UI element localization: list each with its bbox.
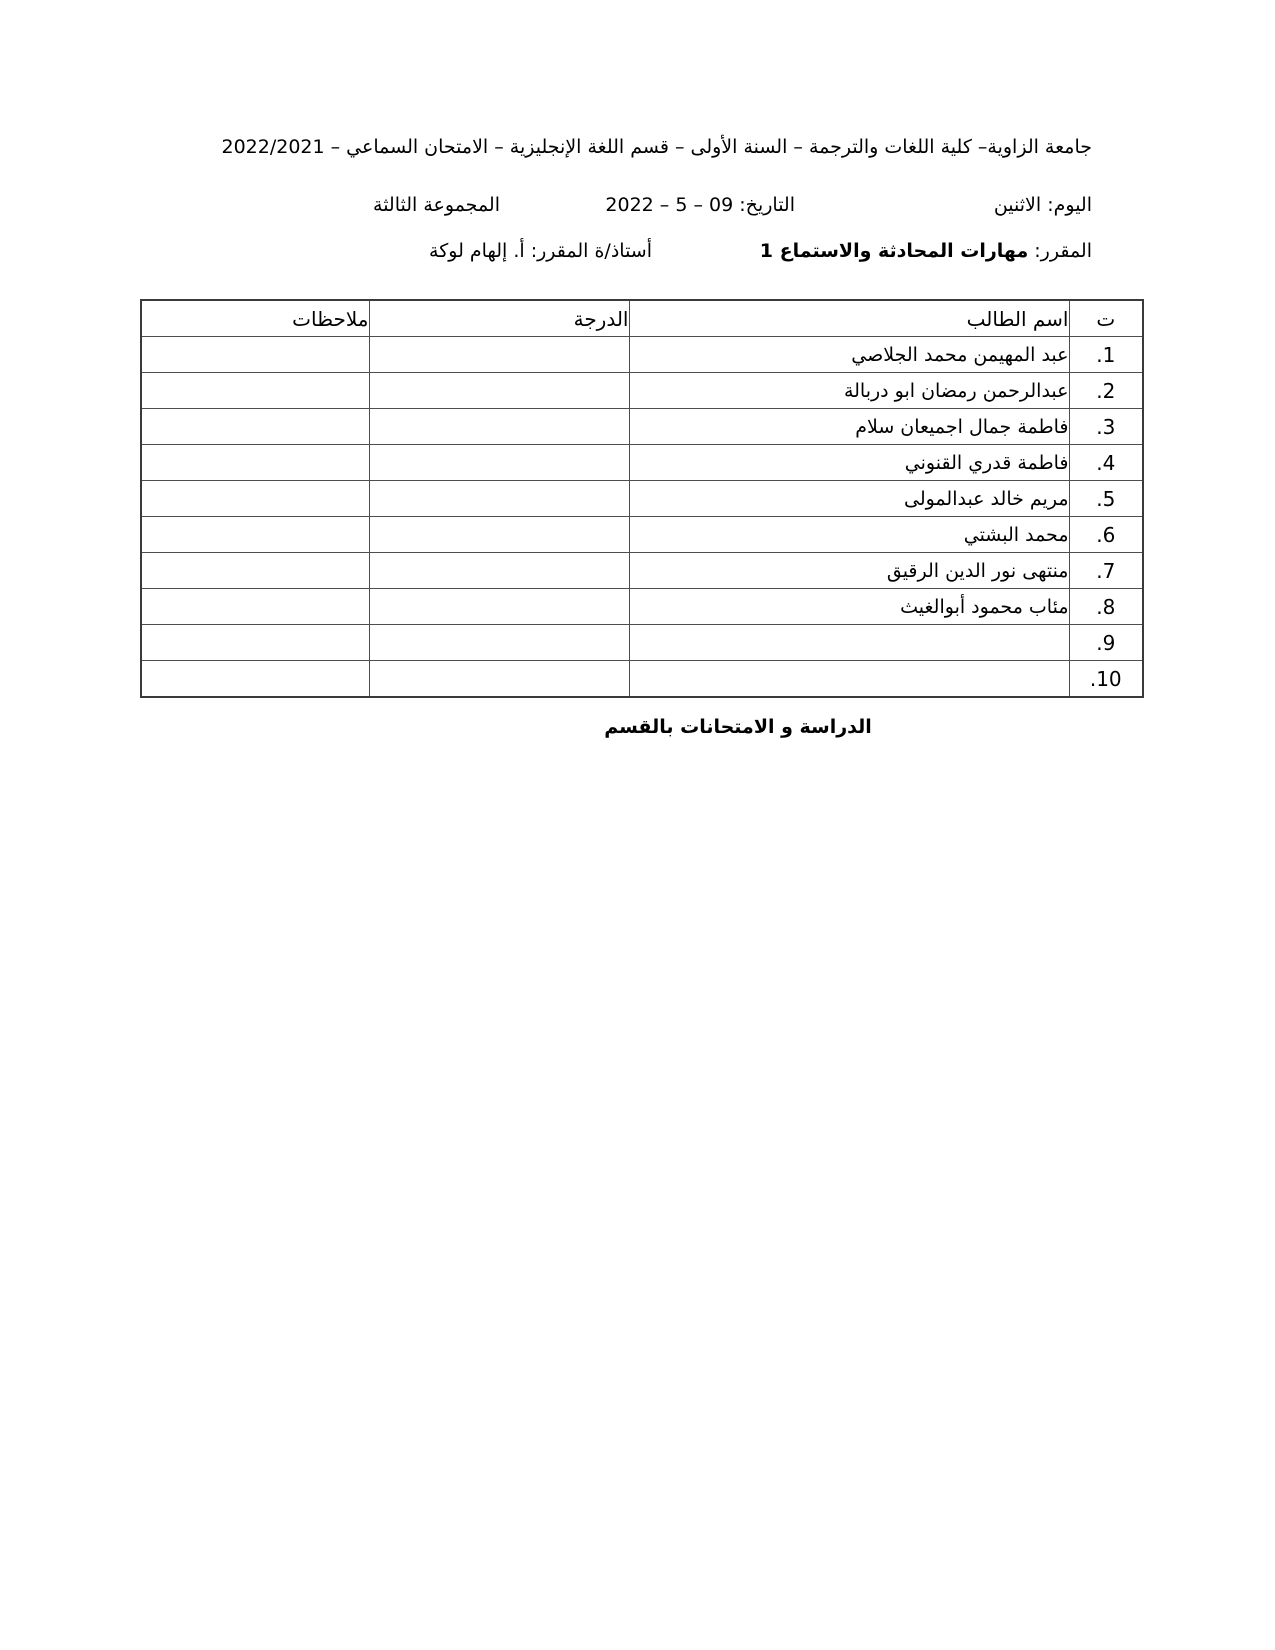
cell-name: مئاب محمود أبوالغيث	[629, 589, 1069, 625]
cell-grade	[369, 661, 629, 698]
cell-name: فاطمة قدري القنوني	[629, 445, 1069, 481]
cell-index: 1.	[1069, 337, 1143, 373]
header-notes: ملاحظات	[141, 300, 369, 337]
cell-grade	[369, 589, 629, 625]
table-row: 3.فاطمة جمال اجميعان سلام	[141, 409, 1143, 445]
table-row: 6.محمد البشتي	[141, 517, 1143, 553]
table-row: 2.عبدالرحمن رمضان ابو دربالة	[141, 373, 1143, 409]
cell-index: 7.	[1069, 553, 1143, 589]
date-label: التاريخ: 09 – 5 – 2022	[605, 194, 795, 216]
cell-grade	[369, 409, 629, 445]
table-row: 5.مريم خالد عبدالمولى	[141, 481, 1143, 517]
cell-notes	[141, 481, 369, 517]
cell-index: 5.	[1069, 481, 1143, 517]
course-prefix: المقرر:	[1028, 240, 1092, 262]
cell-notes	[141, 337, 369, 373]
instructor-label: أستاذ/ة المقرر: أ. إلهام لوكة	[429, 240, 652, 262]
student-table-body: 1.عبد المهيمن محمد الجلاصي2.عبدالرحمن رم…	[141, 337, 1143, 698]
table-row: 10.	[141, 661, 1143, 698]
cell-grade	[369, 553, 629, 589]
header-student-name: اسم الطالب	[629, 300, 1069, 337]
document-title: جامعة الزاوية– كلية اللغات والترجمة – ال…	[221, 136, 1092, 158]
cell-name: فاطمة جمال اجميعان سلام	[629, 409, 1069, 445]
header-grade: الدرجة	[369, 300, 629, 337]
cell-notes	[141, 661, 369, 698]
cell-grade	[369, 337, 629, 373]
document-page: جامعة الزاوية– كلية اللغات والترجمة – ال…	[0, 0, 1275, 1650]
cell-grade	[369, 481, 629, 517]
students-table: ت اسم الطالب الدرجة ملاحظات 1.عبد المهيم…	[140, 299, 1144, 698]
cell-index: 9.	[1069, 625, 1143, 661]
table-header-row: ت اسم الطالب الدرجة ملاحظات	[141, 300, 1143, 337]
cell-index: 4.	[1069, 445, 1143, 481]
cell-index: 3.	[1069, 409, 1143, 445]
table-row: 4.فاطمة قدري القنوني	[141, 445, 1143, 481]
cell-grade	[369, 445, 629, 481]
cell-name: عبد المهيمن محمد الجلاصي	[629, 337, 1069, 373]
table-row: 9.	[141, 625, 1143, 661]
cell-name	[629, 625, 1069, 661]
cell-index: 6.	[1069, 517, 1143, 553]
footer-note: الدراسة و الامتحانات بالقسم	[560, 716, 916, 738]
cell-notes	[141, 445, 369, 481]
cell-name: مريم خالد عبدالمولى	[629, 481, 1069, 517]
cell-name: منتهى نور الدين الرقيق	[629, 553, 1069, 589]
cell-notes	[141, 625, 369, 661]
cell-index: 10.	[1069, 661, 1143, 698]
header-index: ت	[1069, 300, 1143, 337]
course-name: مهارات المحادثة والاستماع 1	[760, 240, 1028, 262]
cell-index: 2.	[1069, 373, 1143, 409]
cell-notes	[141, 409, 369, 445]
cell-name: عبدالرحمن رمضان ابو دربالة	[629, 373, 1069, 409]
cell-notes	[141, 553, 369, 589]
day-label: اليوم: الاثنين	[994, 194, 1092, 216]
cell-grade	[369, 625, 629, 661]
cell-name	[629, 661, 1069, 698]
cell-notes	[141, 589, 369, 625]
cell-index: 8.	[1069, 589, 1143, 625]
table-row: 8.مئاب محمود أبوالغيث	[141, 589, 1143, 625]
course-label: المقرر: مهارات المحادثة والاستماع 1	[760, 240, 1092, 262]
cell-grade	[369, 373, 629, 409]
cell-notes	[141, 517, 369, 553]
cell-notes	[141, 373, 369, 409]
table-row: 7.منتهى نور الدين الرقيق	[141, 553, 1143, 589]
group-label: المجموعة الثالثة	[373, 194, 500, 216]
table-row: 1.عبد المهيمن محمد الجلاصي	[141, 337, 1143, 373]
cell-grade	[369, 517, 629, 553]
cell-name: محمد البشتي	[629, 517, 1069, 553]
